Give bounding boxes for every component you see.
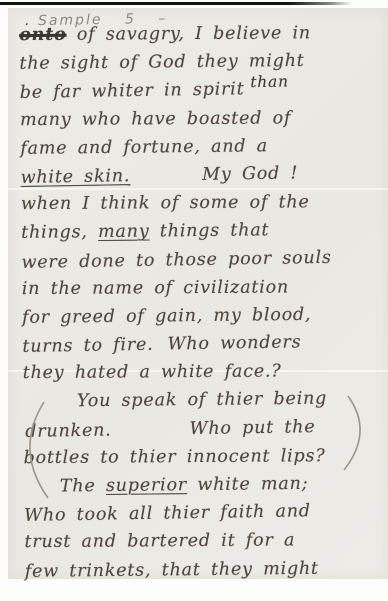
handwriting-segment: drunken.	[25, 420, 112, 441]
handwriting-segment: were done to those poor souls	[21, 247, 331, 272]
scanned-letter-page: { "annotation": { "label": "Sample 5 \u2…	[0, 0, 388, 601]
handwriting-segment: in the name of civilization	[22, 277, 289, 299]
manuscript-line: many who have boasted of	[12, 107, 382, 137]
handwriting-segment: few trinkets, that they might	[25, 558, 319, 581]
handwriting-segment: superior	[106, 475, 187, 496]
handwriting-gap	[130, 180, 202, 181]
handwriting-segment: Who put the	[189, 417, 315, 439]
handwriting-segment: than	[250, 73, 289, 92]
scan-edge-artifact	[0, 2, 352, 5]
manuscript-line: bottles to thier innocent lips?	[16, 446, 386, 476]
manuscript-line: were done to those poor souls	[13, 246, 383, 280]
handwriting-segment: turns to fire.	[22, 335, 154, 357]
handwriting-segment: of savagry, I believe in	[66, 23, 311, 44]
handwriting-segment: many	[98, 222, 150, 243]
handwriting-segment: many who have boasted of	[20, 108, 291, 130]
manuscript-line: be far whiter in spiritthan	[12, 77, 382, 111]
handwriting-segment: things that	[149, 221, 269, 242]
handwriting-segment: onto	[19, 25, 66, 45]
handwriting-segment: be far whiter in spirit	[20, 80, 245, 104]
handwriting-segment: fame and fortune, and a	[20, 136, 268, 159]
handwriting-segment: the sight of God they might	[19, 51, 304, 74]
manuscript-line: trust and bartered it for a	[16, 530, 386, 560]
handwriting-segment: Who wonders	[167, 332, 301, 354]
manuscript-line: turns to fire.Who wonders	[14, 331, 384, 365]
manuscript-line: onto of savagry, I believe in	[11, 23, 381, 53]
handwriting-segment: The	[60, 476, 106, 496]
handwriting-segment: Who took all thier faith and	[24, 501, 311, 526]
handwriting-segment: when I think of some of the	[21, 192, 310, 214]
handwriting-segment: trust and bartered it for a	[24, 531, 295, 553]
manuscript-lines: onto of savagry, I believe inthe sight o…	[11, 22, 387, 590]
handwriting-segment: bottles to thier innocent lips?	[24, 446, 326, 468]
manuscript-line: things, many things that	[13, 219, 383, 251]
manuscript-line: when I think of some of the	[13, 192, 383, 222]
manuscript-page: Sample 5 – onto of savagry, I believe in…	[8, 8, 388, 579]
handwriting-segment: for greed of gain, my blood,	[22, 305, 311, 328]
manuscript-line: few trinkets, that they might	[17, 558, 387, 590]
manuscript-line: white skin.My God !	[12, 162, 382, 196]
manuscript-line: You speak of thier being	[15, 388, 385, 420]
handwriting-segment: white skin.	[20, 166, 130, 188]
handwriting-segment: You speak of thier being	[77, 389, 327, 412]
manuscript-line: drunken.Who put the	[15, 416, 385, 450]
handwriting-segment: white man;	[187, 474, 309, 495]
handwriting-segment: they hated a white face.?	[23, 362, 282, 384]
handwriting-segment: things,	[21, 222, 98, 243]
manuscript-line: they hated a white face.?	[15, 361, 385, 391]
handwriting-segment: My God !	[202, 163, 298, 185]
handwriting-gap	[112, 434, 190, 435]
manuscript-line: in the name of civilization	[14, 277, 384, 307]
